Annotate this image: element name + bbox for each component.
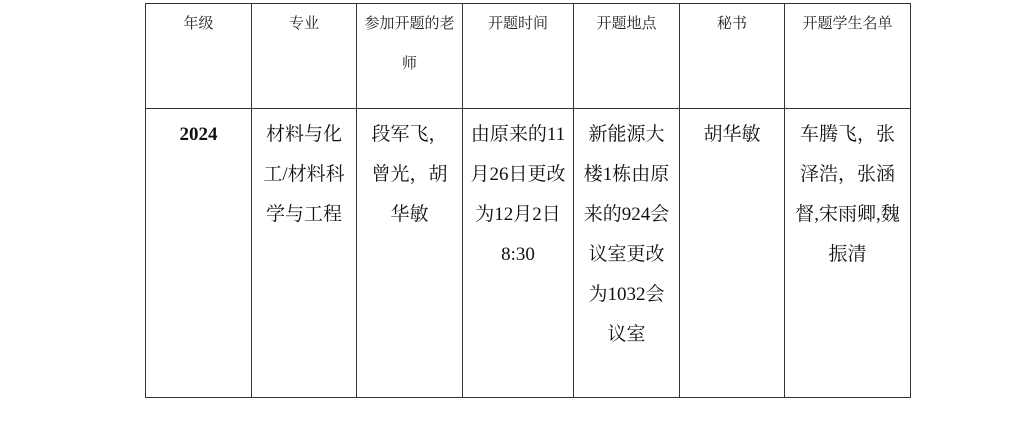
- cell-teachers: 段军飞，曾光，胡华敏: [357, 109, 463, 398]
- cell-time: 由原来的11月26日更改为12月2日8:30: [463, 109, 574, 398]
- header-students: 开题学生名单: [785, 4, 911, 109]
- header-teachers: 参加开题的老师: [357, 4, 463, 109]
- cell-major: 材料与化工/材料科学与工程: [252, 109, 357, 398]
- cell-secretary: 胡华敏: [680, 109, 785, 398]
- header-row: 年级 专业 参加开题的老师 开题时间 开题地点 秘书 开题学生名单: [146, 4, 911, 109]
- cell-grade: 2024: [146, 109, 252, 398]
- cell-students: 车腾飞，张泽浩，张涵督,宋雨卿,魏振清: [785, 109, 911, 398]
- header-grade: 年级: [146, 4, 252, 109]
- header-time: 开题时间: [463, 4, 574, 109]
- table-row: 2024 材料与化工/材料科学与工程 段军飞，曾光，胡华敏 由原来的11月26日…: [146, 109, 911, 398]
- header-major: 专业: [252, 4, 357, 109]
- schedule-table: 年级 专业 参加开题的老师 开题时间 开题地点 秘书 开题学生名单 2024 材…: [145, 3, 911, 398]
- header-secretary: 秘书: [680, 4, 785, 109]
- cell-location: 新能源大楼1栋由原来的924会议室更改为1032会议室: [574, 109, 680, 398]
- header-location: 开题地点: [574, 4, 680, 109]
